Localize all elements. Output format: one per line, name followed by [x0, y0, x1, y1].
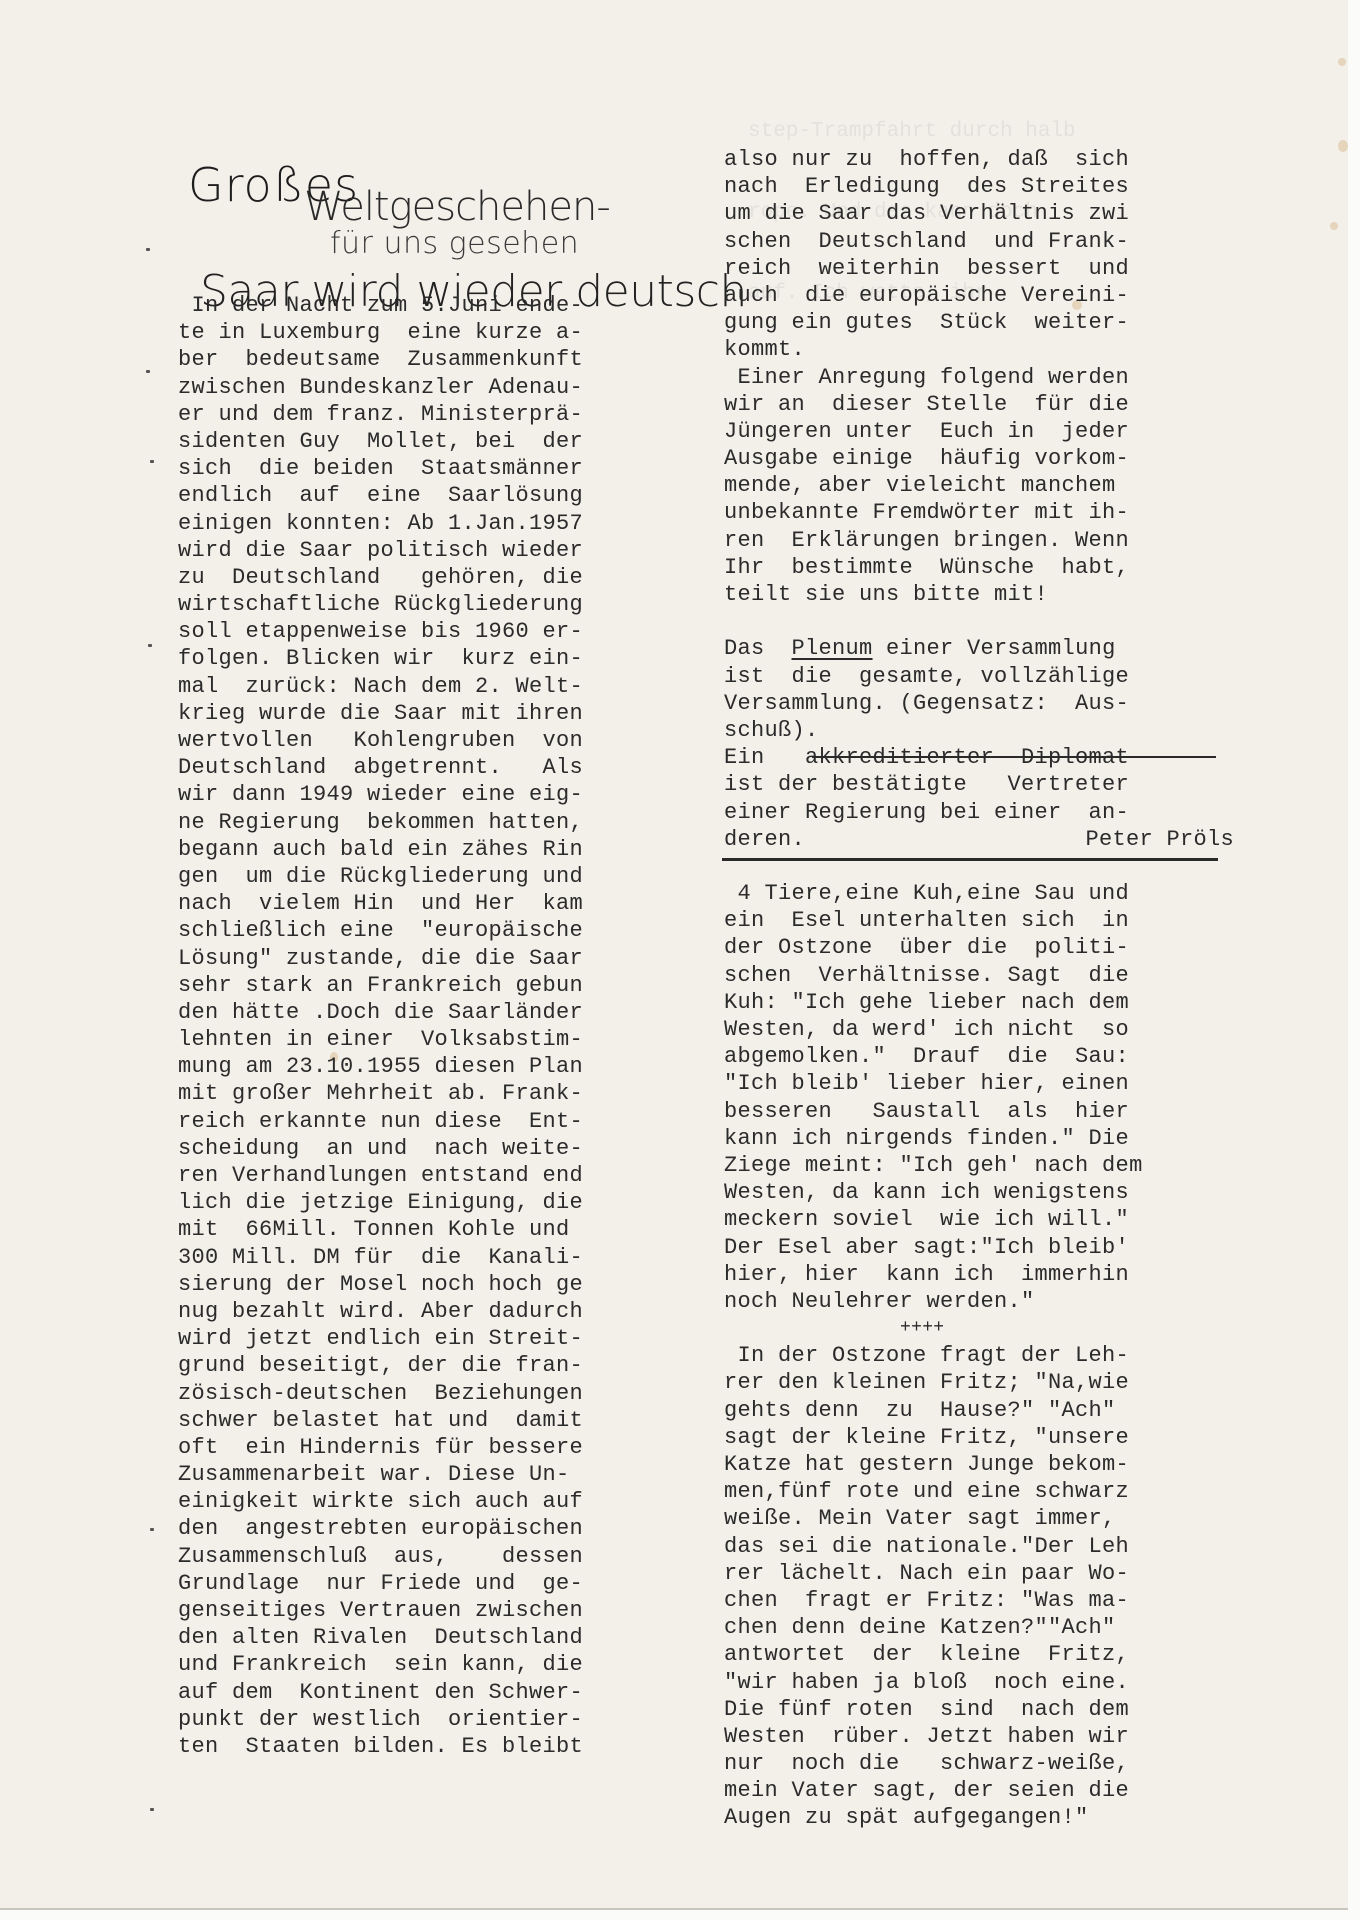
article-line: gung ein gutes Stück weiter-: [724, 309, 1224, 336]
article-line: einigkeit wirkte sich auch auf: [178, 1488, 670, 1515]
article-line: mit 66Mill. Tonnen Kohle und: [178, 1216, 670, 1243]
glossary-line: deren.Peter Pröls: [724, 826, 1224, 853]
article-line: den angestrebten europäischen: [178, 1515, 670, 1542]
article-line: sierung der Mosel noch hoch ge: [178, 1271, 670, 1298]
article-line: punkt der westlich orientier-: [178, 1706, 670, 1733]
article-line: reich weiterhin bessert und: [724, 255, 1224, 282]
article-line: Lösung" zustande, die die Saar: [178, 945, 670, 972]
article-line: Zusammenarbeit war. Diese Un-: [178, 1461, 670, 1488]
article-line: und Frankreich sein kann, die: [178, 1651, 670, 1678]
joke-line: 4 Tiere,eine Kuh,eine Sau und: [724, 880, 1224, 907]
page-bottom-edge: [0, 1910, 1360, 1920]
glossary-intro-line: Jüngeren unter Euch in jeder: [724, 418, 1224, 445]
section-divider: [722, 858, 1218, 861]
glossary-line: einer Regierung bei einer an-: [724, 799, 1224, 826]
article-line: 300 Mill. DM für die Kanali-: [178, 1244, 670, 1271]
article-line: schen Deutschland und Frank-: [724, 228, 1224, 255]
joke-line: Augen zu spät aufgegangen!": [724, 1804, 1224, 1831]
joke-line: schen Verhältnisse. Sagt die: [724, 962, 1224, 989]
article-line: te in Luxemburg eine kurze a-: [178, 319, 670, 346]
article-line: schließlich eine "europäische: [178, 917, 670, 944]
joke-line: "wir haben ja bloß noch eine.: [724, 1669, 1224, 1696]
article-line: grund beseitigt, der die fran-: [178, 1352, 670, 1379]
article-line: lich die jetzige Einigung, die: [178, 1189, 670, 1216]
article-line: wird jetzt endlich ein Streit-: [178, 1325, 670, 1352]
joke-line: mein Vater sagt, der seien die: [724, 1777, 1224, 1804]
article-line: ne Regierung bekommen hatten,: [178, 809, 670, 836]
joke-line: Kuh: "Ich gehe lieber nach dem: [724, 989, 1224, 1016]
paper-stain: [1330, 222, 1338, 230]
article-line: reich erkannte nun diese Ent-: [178, 1108, 670, 1135]
article-line: Zusammenschluß aus, dessen: [178, 1543, 670, 1570]
article-line: sidenten Guy Mollet, bei der: [178, 428, 670, 455]
joke-line: men,fünf rote und eine schwarz: [724, 1478, 1224, 1505]
glossary-intro-line: Ihr bestimmte Wünsche habt,: [724, 554, 1224, 581]
glossary-term: Plenum: [792, 636, 873, 661]
margin-mark: [148, 644, 152, 647]
joke-line: chen fragt er Fritz: "Was ma-: [724, 1587, 1224, 1614]
glossary-intro-line: teilt sie uns bitte mit!: [724, 581, 1224, 608]
joke-line: rer den kleinen Fritz; "Na,wie: [724, 1369, 1224, 1396]
article-line: den hätte .Doch die Saarländer: [178, 999, 670, 1026]
page-edge: [1348, 0, 1360, 1920]
joke-line: kann ich nirgends finden." Die: [724, 1125, 1224, 1152]
joke-line: das sei die nationale."Der Leh: [724, 1533, 1224, 1560]
glossary-line: schuß).: [724, 717, 1224, 744]
article-line: um die Saar das Verhältnis zwi: [724, 200, 1224, 227]
joke-line: "Ich bleib' lieber hier, einen: [724, 1070, 1224, 1097]
article-line: ten Staaten bilden. Es bleibt: [178, 1733, 670, 1760]
article-line: krieg wurde die Saar mit ihren: [178, 700, 670, 727]
joke-line: besseren Saustall als hier: [724, 1098, 1224, 1125]
joke-line: Westen rüber. Jetzt haben wir: [724, 1723, 1224, 1750]
article-line: wird die Saar politisch wieder: [178, 537, 670, 564]
glossary-intro-line: Einer Anregung folgend werden: [724, 364, 1224, 391]
article-line: lehnten in einer Volksabstim-: [178, 1026, 670, 1053]
author-signature: Peter Pröls: [1085, 826, 1234, 853]
joke-line: In der Ostzone fragt der Leh-: [724, 1342, 1224, 1369]
joke-line: Ziege meint: "Ich geh' nach dem: [724, 1152, 1224, 1179]
joke-line: sagt der kleine Fritz, "unsere: [724, 1424, 1224, 1451]
article-line: sich die beiden Staatsmänner: [178, 455, 670, 482]
joke-line: Der Esel aber sagt:"Ich bleib': [724, 1234, 1224, 1261]
joke-line: abgemolken." Drauf die Sau:: [724, 1043, 1224, 1070]
article-line: gen um die Rückgliederung und: [178, 863, 670, 890]
heading-line-2: Weltgeschehen-: [304, 184, 610, 230]
article-line: begann auch bald ein zähes Rin: [178, 836, 670, 863]
paper-stain: [1338, 140, 1348, 152]
article-line: wir dann 1949 wieder eine eig-: [178, 781, 670, 808]
joke-line: ein Esel unterhalten sich in: [724, 907, 1224, 934]
glossary-intro-line: ren Erklärungen bringen. Wenn: [724, 527, 1224, 554]
joke-line: weiße. Mein Vater sagt immer,: [724, 1505, 1224, 1532]
article-line: mal zurück: Nach dem 2. Welt-: [178, 673, 670, 700]
article-line: zu Deutschland gehören, die: [178, 564, 670, 591]
article-line: einigen konnten: Ab 1.Jan.1957: [178, 510, 670, 537]
margin-mark: [150, 1528, 154, 1531]
article-line: mung am 23.10.1955 diesen Plan: [178, 1053, 670, 1080]
article-line: er und dem franz. Ministerprä-: [178, 401, 670, 428]
joke-line: der Ostzone über die politi-: [724, 934, 1224, 961]
joke-line: Katze hat gestern Junge bekom-: [724, 1451, 1224, 1478]
paper-stain: [1338, 58, 1346, 66]
article-line: ren Verhandlungen entstand end: [178, 1162, 670, 1189]
article-line: kommt.: [724, 336, 1224, 363]
article-line: wertvollen Kohlengruben von: [178, 727, 670, 754]
article-line: nach vielem Hin und Her kam: [178, 890, 670, 917]
glossary-intro-line: wir an dieser Stelle für die: [724, 391, 1224, 418]
heading-line-3: für uns gesehen: [330, 226, 579, 261]
glossary-intro-line: mende, aber vieleicht manchem: [724, 472, 1224, 499]
article-line: den alten Rivalen Deutschland: [178, 1624, 670, 1651]
joke-line: hier, hier kann ich immerhin: [724, 1261, 1224, 1288]
article-line: auch die europäische Vereini-: [724, 282, 1224, 309]
glossary-intro-line: unbekannte Fremdwörter mit ih-: [724, 499, 1224, 526]
article-line: soll etappenweise bis 1960 er-: [178, 618, 670, 645]
glossary-line: ist der bestätigte Vertreter: [724, 771, 1224, 798]
blank-line: [724, 608, 1224, 635]
article-line: sehr stark an Frankreich gebun: [178, 972, 670, 999]
article-line: genseitiges Vertrauen zwischen: [178, 1597, 670, 1624]
term-underline: [812, 756, 1216, 758]
article-line: endlich auf eine Saarlösung: [178, 482, 670, 509]
article-line: oft ein Hindernis für bessere: [178, 1434, 670, 1461]
joke-line: meckern soviel wie ich will.": [724, 1206, 1224, 1233]
article-line: schwer belastet hat und damit: [178, 1407, 670, 1434]
joke-line: noch Neulehrer werden.": [724, 1288, 1224, 1315]
article-line: wirtschaftliche Rückgliederung: [178, 591, 670, 618]
margin-mark: [146, 370, 150, 373]
margin-mark: [150, 460, 154, 463]
article-line: scheidung an und nach weite-: [178, 1135, 670, 1162]
article-line: folgen. Blicken wir kurz ein-: [178, 645, 670, 672]
separator: ++++: [724, 1315, 1224, 1342]
article-line: mit großer Mehrheit ab. Frank-: [178, 1080, 670, 1107]
joke-line: gehts denn zu Hause?" "Ach": [724, 1397, 1224, 1424]
blank-line: [724, 853, 1224, 880]
joke-line: rer lächelt. Nach ein paar Wo-: [724, 1560, 1224, 1587]
joke-line: Westen, da werd' ich nicht so: [724, 1016, 1224, 1043]
left-column-article: In der Nacht zum 5.Juni ende-te in Luxem…: [178, 292, 670, 1760]
glossary-line: Versammlung. (Gegensatz: Aus-: [724, 690, 1224, 717]
article-line: nug bezahlt wird. Aber dadurch: [178, 1298, 670, 1325]
article-line: In der Nacht zum 5.Juni ende-: [178, 292, 670, 319]
glossary-line: ist die gesamte, vollzählige: [724, 663, 1224, 690]
article-line: ber bedeutsame Zusammenkunft: [178, 346, 670, 373]
article-line: auf dem Kontinent den Schwer-: [178, 1679, 670, 1706]
article-line: Deutschland abgetrennt. Als: [178, 754, 670, 781]
article-line: also nur zu hoffen, daß sich: [724, 146, 1224, 173]
margin-mark: [150, 1808, 154, 1811]
article-line: Grundlage nur Friede und ge-: [178, 1570, 670, 1597]
joke-line: Westen, da kann ich wenigstens: [724, 1179, 1224, 1206]
joke-line: Die fünf roten sind nach dem: [724, 1696, 1224, 1723]
glossary-intro-line: Ausgabe einige häufig vorkom-: [724, 445, 1224, 472]
article-line: nach Erledigung des Streites: [724, 173, 1224, 200]
glossary-line: Das Plenum einer Versammlung: [724, 635, 1224, 662]
right-column: also nur zu hoffen, daß sichnach Erledig…: [724, 146, 1224, 1832]
joke-line: nur noch die schwarz-weiße,: [724, 1750, 1224, 1777]
article-line: zwischen Bundeskanzler Adenau-: [178, 374, 670, 401]
article-line: zösisch-deutschen Beziehungen: [178, 1380, 670, 1407]
margin-mark: [146, 248, 150, 251]
joke-line: antwortet der kleine Fritz,: [724, 1641, 1224, 1668]
joke-line: chen denn deine Katzen?""Ach": [724, 1614, 1224, 1641]
